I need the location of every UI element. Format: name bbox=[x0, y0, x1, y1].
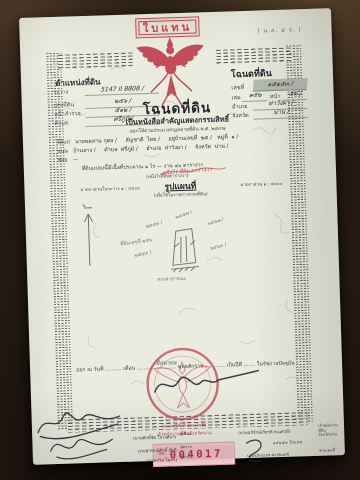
form-code: ( น.ส. ๔ จ. ) bbox=[257, 26, 301, 35]
title-deed-paper: ( น.ส. ๔ จ. ) ใบแทน ตำแหน่งที่ดิน ระว bbox=[19, 8, 345, 465]
signature-land-officer bbox=[240, 436, 269, 463]
map-annotation-2: ๒๕๔๓ / bbox=[145, 219, 163, 231]
right-signer-name-1: (นายอภิรักษ์เกียรติ ธเนศวดี) bbox=[238, 428, 291, 437]
photo-background: ( น.ส. ๔ จ. ) ใบแทน ตำแหน่งที่ดิน ระว bbox=[0, 0, 360, 480]
serial-number: 004017 bbox=[170, 447, 223, 461]
red-underline-scribble bbox=[158, 165, 228, 177]
field-label: ระวาง bbox=[53, 88, 83, 97]
north-label: น bbox=[82, 202, 86, 210]
right-signer-role-1: เจ้าพนักงานที่ดิน จังหวัดน่าน bbox=[318, 423, 342, 438]
left-signer-name-1: (นายศักดิ์ชัย ใจวงศ์ษา) bbox=[90, 433, 176, 443]
left-signer-role-1: ผู้เขียน bbox=[180, 432, 191, 437]
map-annotation-5: ๒๕๔๙ / bbox=[134, 249, 152, 260]
right-handwritten-note: ๑๕๑๕๓ ใบแทน bbox=[272, 438, 302, 446]
parcel-sketch bbox=[164, 224, 206, 277]
north-arrow-icon bbox=[79, 204, 99, 271]
map-annotation-6: ๒๕๖๙ / bbox=[210, 241, 228, 253]
map-annotation-3: ๒๕๖๗ / bbox=[207, 216, 225, 228]
right-signer-name-3: นายประมวล คะเชนทร์ bbox=[247, 451, 289, 459]
map-scale-right: มาตราส่วน ๑ : ๔๐๐๐ bbox=[240, 180, 282, 188]
map-annotation-1: ๒๕๕๗ / bbox=[174, 208, 193, 221]
replacement-label: ใบแทน bbox=[143, 21, 193, 34]
field-label: ตำบล bbox=[54, 119, 84, 128]
guilloche-top-band-left bbox=[58, 52, 132, 68]
seal-signature bbox=[146, 362, 267, 400]
left-signer-role-2: ผู้ตรวจ bbox=[181, 445, 192, 450]
map-annotation-4: ที่ดินเลขที่ ๒๕๖ bbox=[120, 236, 153, 248]
right-signer-role-3: ช่างแผนที่ bbox=[319, 448, 343, 453]
left-signer-role-3: ผู้ทาน bbox=[181, 455, 191, 460]
map-note: (เพื่อใช้ในราชการกรมที่ดิน) bbox=[135, 190, 227, 200]
road-label: ทางสาธารณะ bbox=[157, 275, 186, 284]
map-scale-left: มาตราส่วนในระวาง ๑ : ๔๐๐๐ bbox=[80, 184, 140, 193]
guilloche-top-band-right bbox=[216, 47, 292, 63]
